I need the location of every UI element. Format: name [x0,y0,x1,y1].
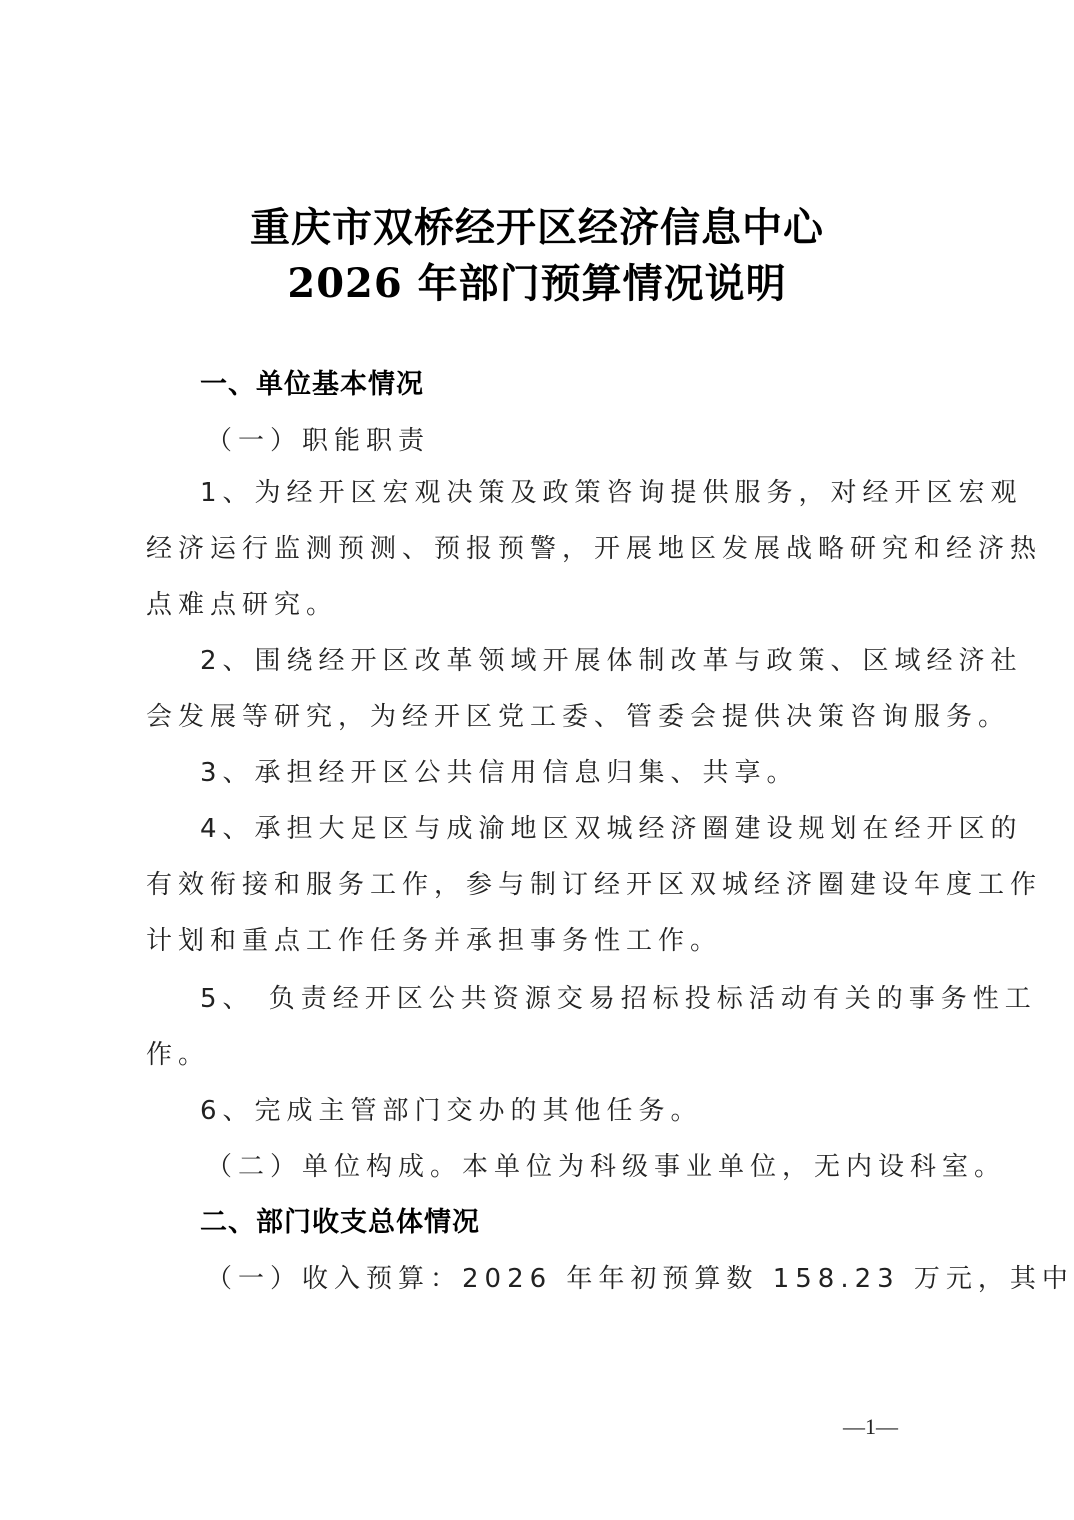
item1-line1: 1、为经开区宏观决策及政策咨询提供服务，对经开区宏观 [200,476,1000,510]
item4-line2: 有效衔接和服务工作，参与制订经开区双城经济圈建设年度工作 [146,868,946,902]
item3-line1: 3、承担经开区公共信用信息归集、共享。 [200,756,1000,790]
item6-line1: 6、完成主管部门交办的其他任务。 [200,1094,1000,1128]
item5-line1: 5、 负责经开区公共资源交易招标投标活动有关的事务性工 [200,982,1000,1016]
section1-heading: 一、单位基本情况 [200,368,1000,402]
item1-line2: 经济运行监测预测、预报预警，开展地区发展战略研究和经济热 [146,532,946,566]
item2-line1: 2、围绕经开区改革领域开展体制改革与政策、区域经济社 [200,644,1000,678]
item1-line3: 点难点研究。 [146,588,946,622]
document-title-line1: 重庆市双桥经开区经济信息中心 [0,196,1074,253]
page-number: —1— [843,1414,898,1440]
section1-sub2-text: （二）单位构成。本单位为科级事业单位，无内设科室。 [206,1150,1006,1184]
document-title-line2: 2026 年部门预算情况说明 [0,252,1074,309]
section2-heading: 二、部门收支总体情况 [200,1206,1000,1240]
item2-line2: 会发展等研究，为经开区党工委、管委会提供决策咨询服务。 [146,700,946,734]
item5-line2: 作。 [146,1038,946,1072]
item4-line3: 计划和重点工作任务并承担事务性工作。 [146,924,946,958]
section2-income-text: （一）收入预算：2026 年年初预算数 158.23 万元，其中： [206,1262,1006,1296]
section1-sub1-heading: （一）职能职责 [206,424,1006,458]
item4-line1: 4、承担大足区与成渝地区双城经济圈建设规划在经开区的 [200,812,1000,846]
